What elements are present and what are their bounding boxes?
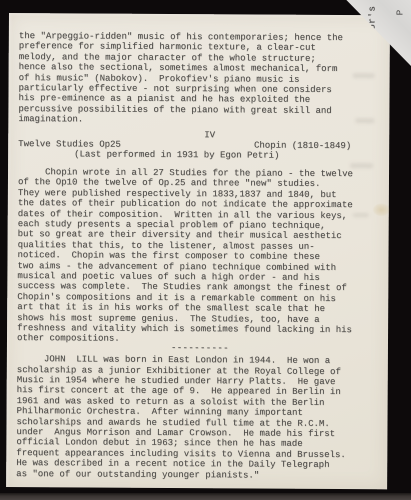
paragraph-chopin-studies: Chopin wrote in all 27 Studies for the p… [17,167,351,346]
separator-dashes: ---------- [171,343,350,354]
photo-background: the "Arpeggio-ridden" music of his conte… [0,0,411,500]
ink-bleedthrough-smudge [355,118,374,123]
photo-bottom-edge [0,493,411,500]
ink-bleedthrough-smudge [353,213,369,217]
paragraph-john-lill: JOHN LILL was born in East London in 194… [16,354,350,481]
fold-text-partial-p: P [394,10,405,16]
last-performed-note: (Last performed in 1931 by Egon Petri) [74,150,351,162]
document-page: the "Arpeggio-ridden" music of his conte… [6,13,390,489]
ink-bleedthrough-smudge [353,73,375,78]
paragraph-prokofiev: the "Arpeggio-ridden" music of his conte… [18,31,352,127]
paper-stain [373,203,390,216]
work-title: Twelve Studies Op25 [18,139,121,150]
ink-bleedthrough-smudge [350,163,373,168]
